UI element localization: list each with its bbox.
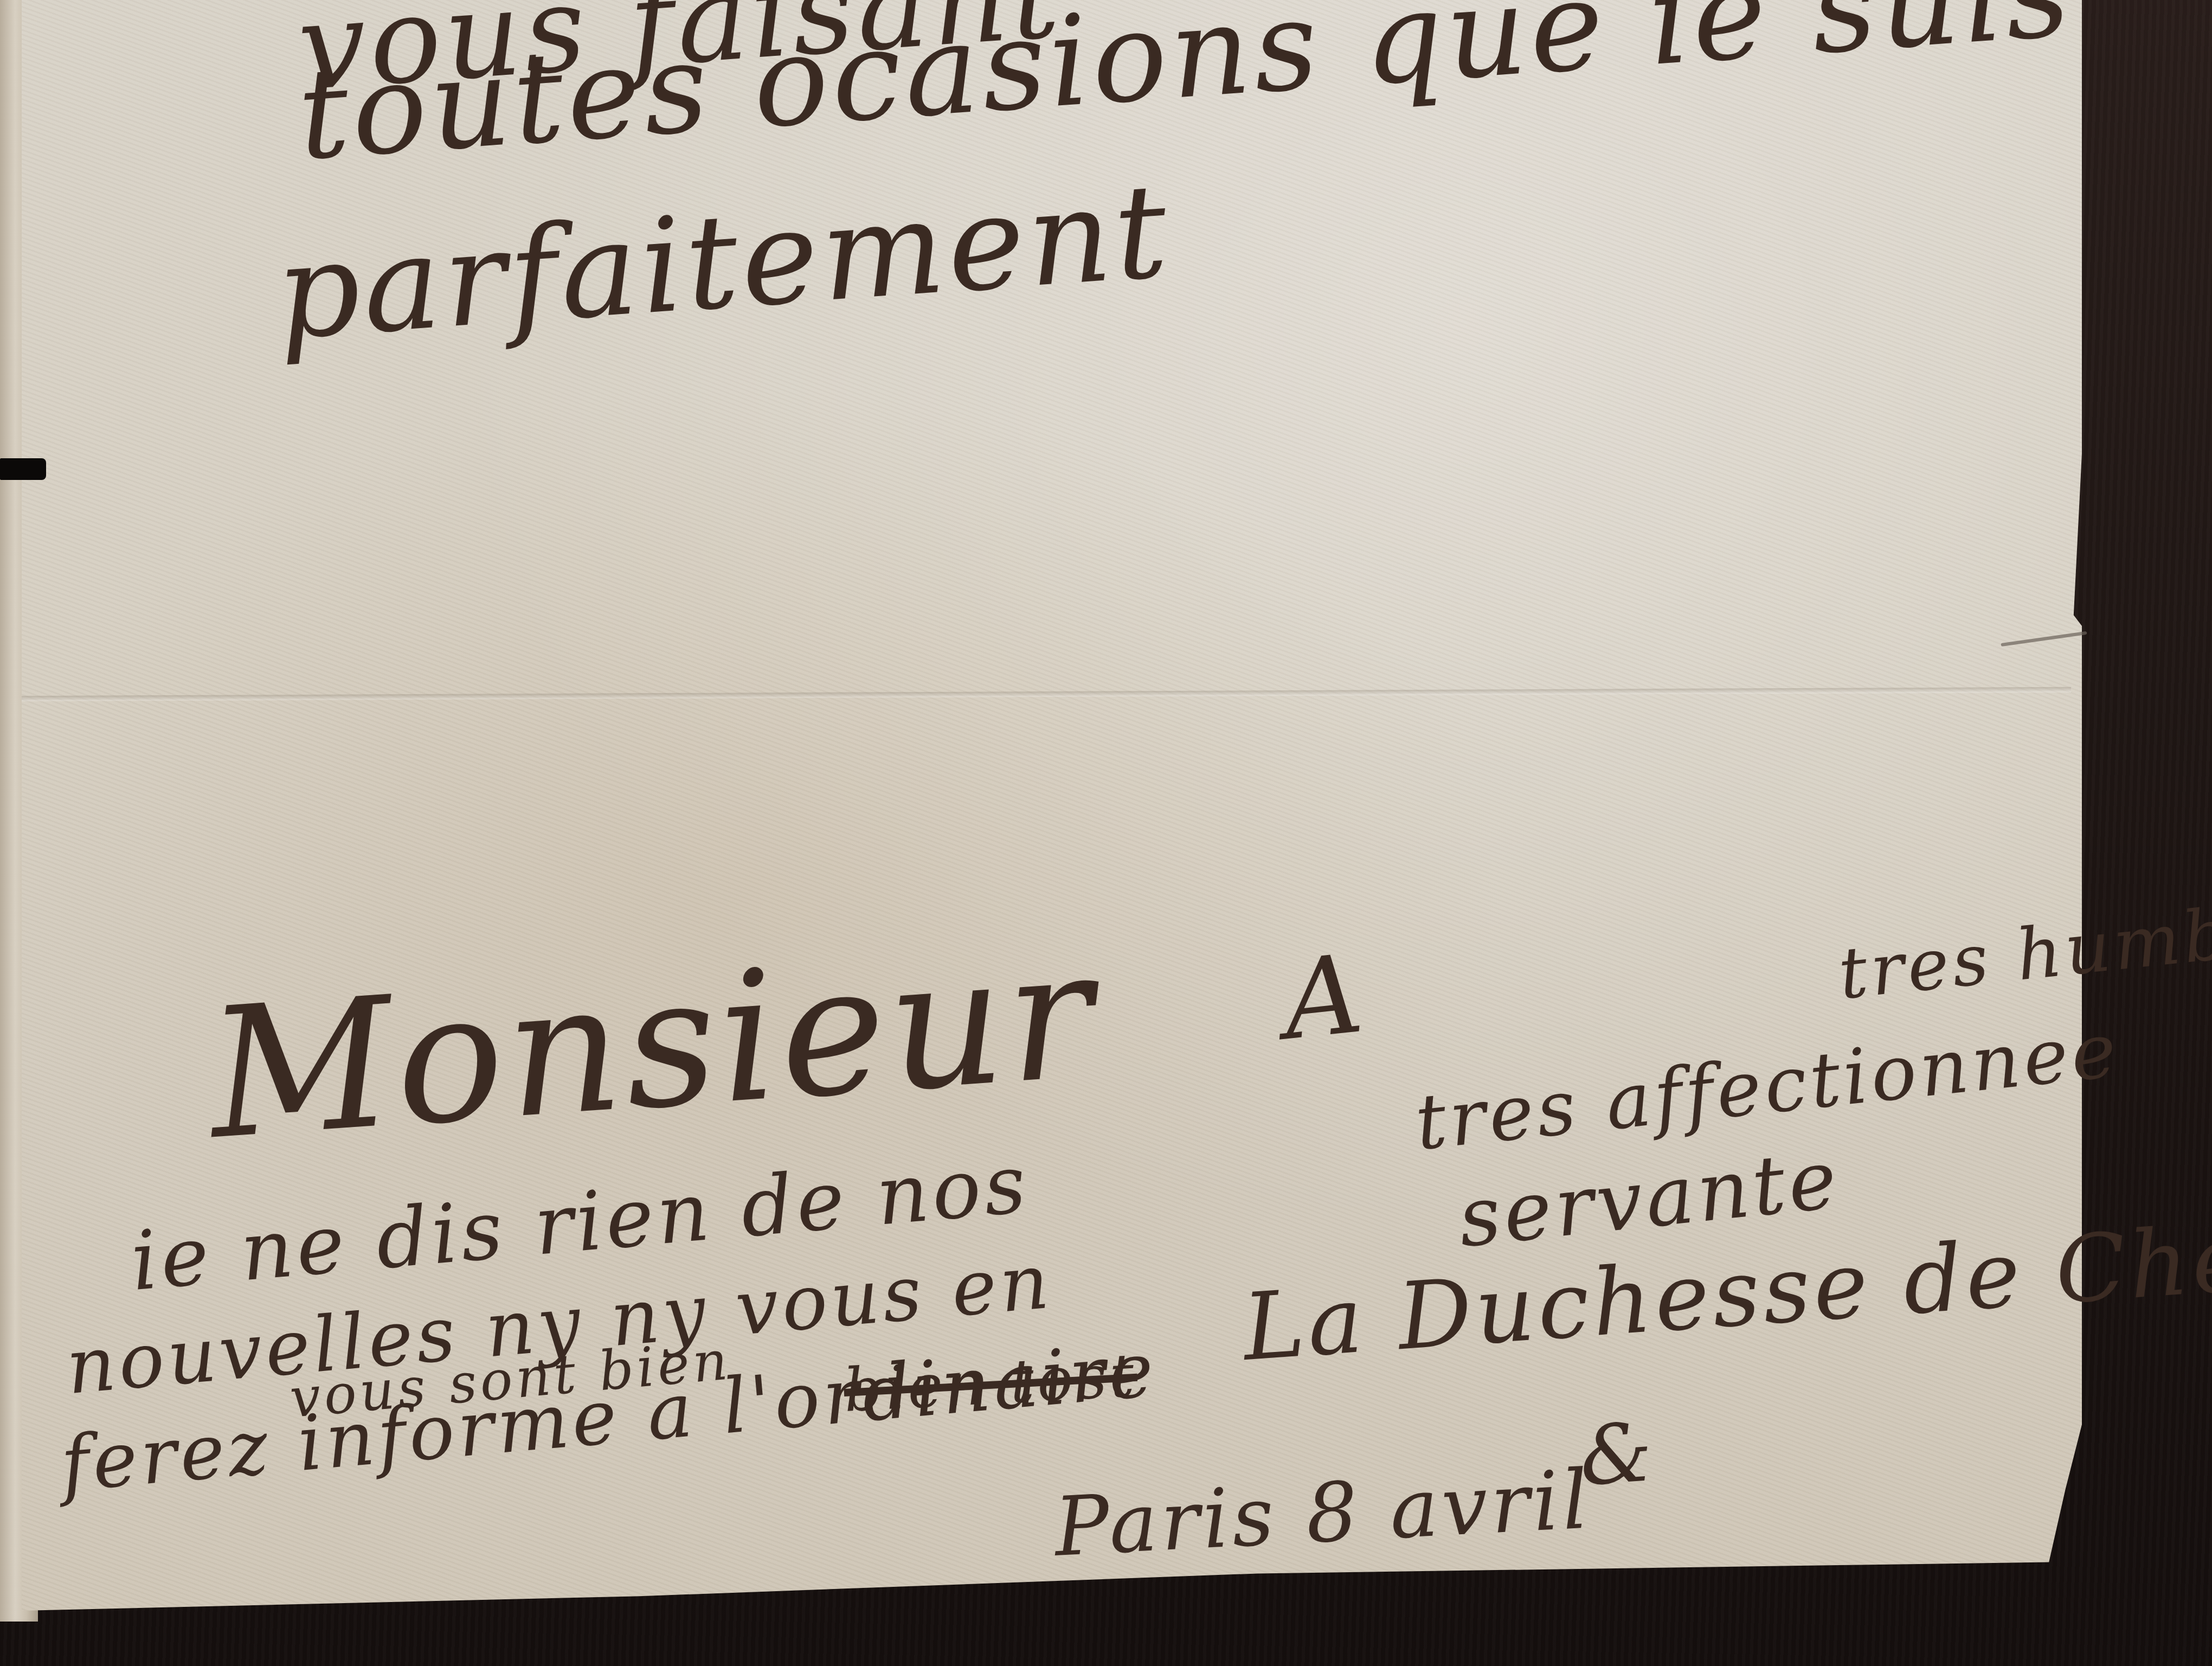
closing-a: A [1277,931,1372,1065]
black-page-marker [0,458,46,480]
